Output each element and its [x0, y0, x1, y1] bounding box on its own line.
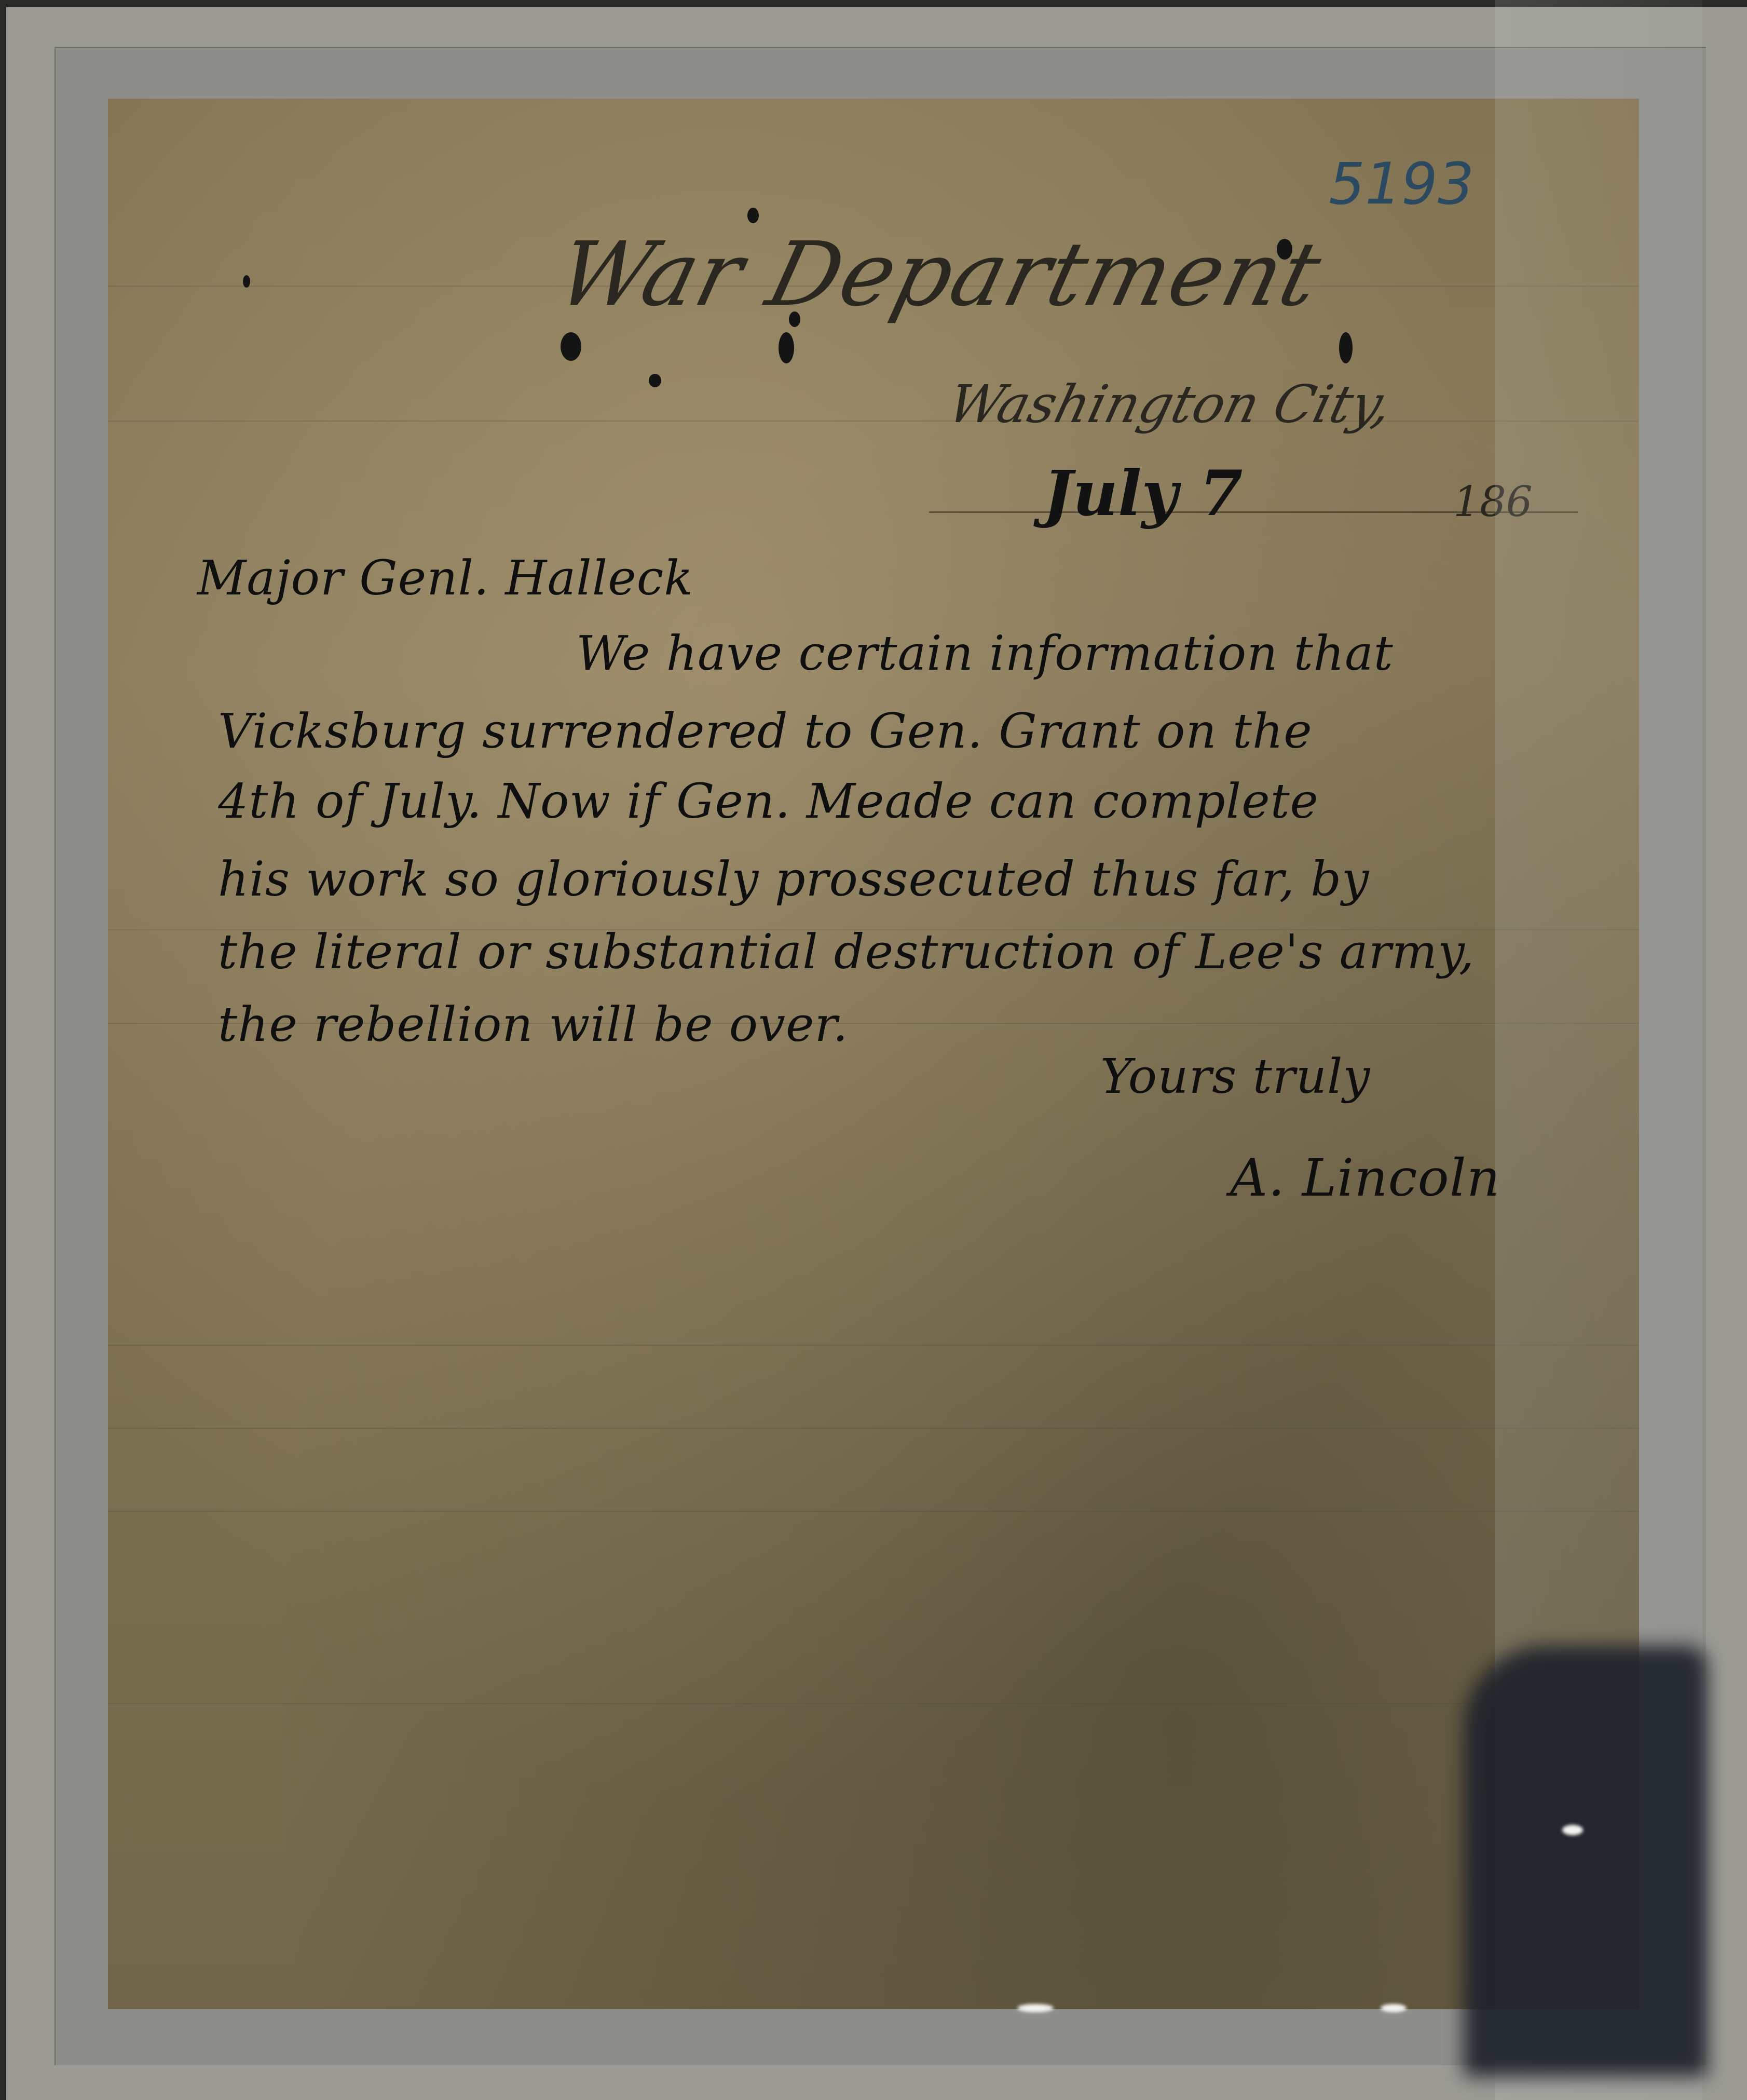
archive-number: 5193 [1329, 151, 1474, 217]
body-line: the rebellion will be over. [218, 997, 849, 1052]
glare-spot [1562, 1825, 1583, 1835]
ink-blot [1277, 239, 1292, 260]
closing: Yours truly [1100, 1049, 1370, 1104]
ruled-line [108, 1345, 1639, 1346]
ink-blot [649, 374, 661, 387]
letterhead-city: Washington City, [942, 374, 1398, 435]
glare-spot [1381, 2004, 1407, 2012]
signature: A. Lincoln [1230, 1147, 1500, 1208]
ruled-line [108, 421, 1639, 422]
ruled-line [108, 1511, 1639, 1512]
ink-blot [789, 311, 800, 327]
ink-blot [561, 332, 581, 361]
body-line: the literal or substantial destruction o… [218, 924, 1475, 980]
ink-blot [1339, 332, 1353, 363]
letterhead-title: War Department [548, 223, 1331, 326]
body-line: We have certain information that [576, 626, 1394, 681]
ruled-line [108, 1703, 1639, 1704]
ruled-line [108, 1428, 1639, 1429]
body-line: 4th of July. Now if Gen. Meade can compl… [218, 774, 1319, 829]
glare-spot [1017, 2004, 1054, 2012]
letter-paper [108, 99, 1639, 2009]
ink-blot [747, 208, 759, 223]
body-line: his work so gloriously prossecuted thus … [218, 851, 1369, 907]
ink-blot [243, 275, 250, 288]
letter-date: July 7 [1043, 457, 1243, 530]
body-line: Vicksburg surrendered to Gen. Grant on t… [218, 703, 1313, 759]
ink-blot [779, 332, 794, 363]
photographer-shadow [1464, 1646, 1708, 2077]
salutation: Major Genl. Halleck [197, 550, 693, 606]
